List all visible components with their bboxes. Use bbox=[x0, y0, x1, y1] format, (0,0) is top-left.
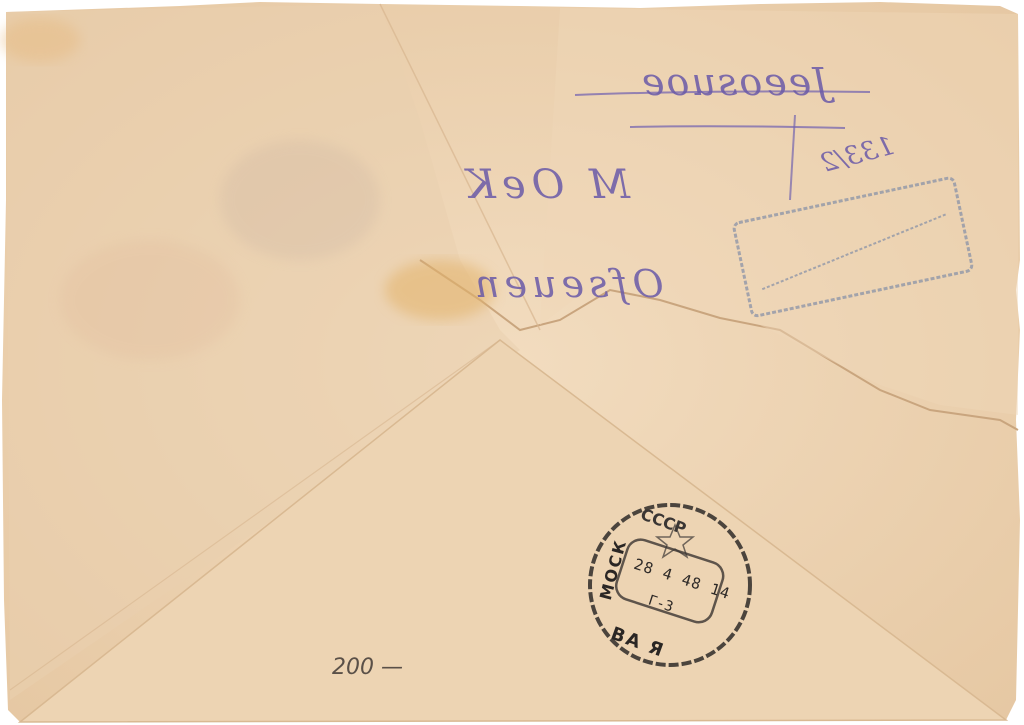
handwriting-line-1: Jeeosuoe bbox=[640, 60, 828, 104]
handwriting-line-3: Ofseuen bbox=[470, 262, 664, 306]
handwriting-line-2: M OeK bbox=[460, 162, 630, 208]
pencil-note: 200 — bbox=[332, 655, 403, 680]
envelope-photo: Jeeosuoe 133/2 M OeK Ofseuen СССР 28 4 4… bbox=[0, 0, 1024, 725]
envelope-drawing bbox=[0, 0, 1024, 725]
